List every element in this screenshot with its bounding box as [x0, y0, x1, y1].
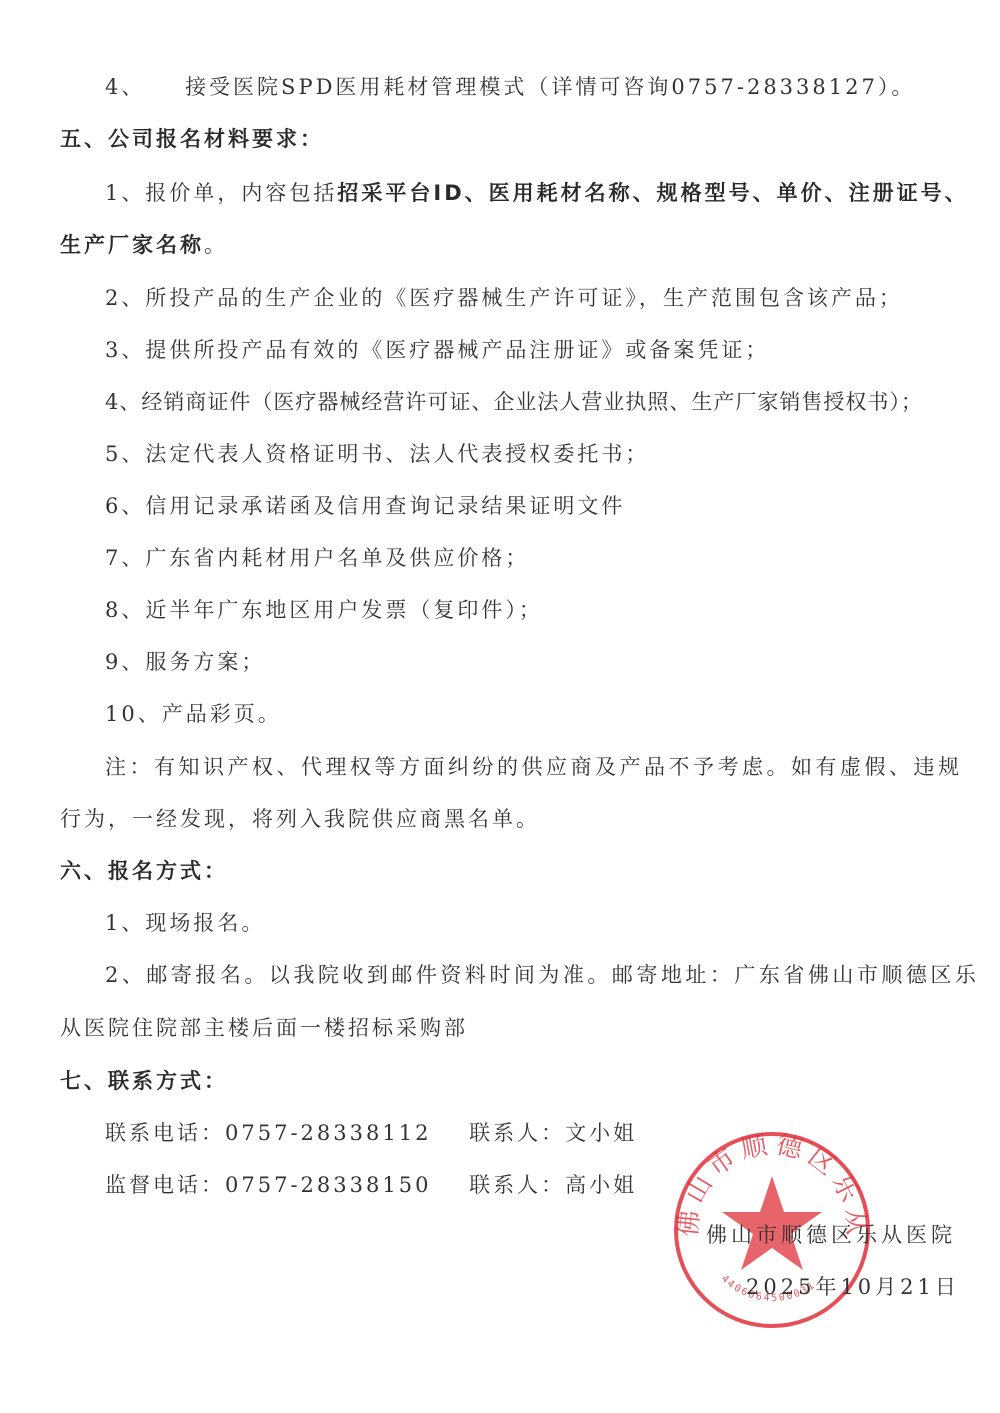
- list-item: 4、 接受医院SPD医用耗材管理模式（详情可咨询0757-28338127）。: [105, 72, 915, 102]
- contact-person-label: 联系人：: [469, 1121, 565, 1145]
- list-item: 2、邮寄报名。以我院收到邮件资料时间为准。邮寄地址：广东省佛山市顺德区乐: [105, 960, 979, 990]
- list-item-continuation: 生产厂家名称。: [60, 230, 228, 260]
- list-item: 1、报价单，内容包括招采平台ID、医用耗材名称、规格型号、单价、注册证号、: [105, 178, 969, 208]
- section-heading: 六、报名方式：: [60, 856, 228, 886]
- contact-label: 监督电话：: [105, 1173, 225, 1197]
- signature-date: 2025年10月21日: [746, 1272, 960, 1302]
- contact-phone: 0757-28338112: [225, 1121, 431, 1145]
- contact-row: 联系电话：0757-28338112 联系人：文小姐: [105, 1118, 637, 1148]
- list-item: 8、近半年广东地区用户发票（复印件）；: [105, 595, 543, 625]
- item-bold-text: 招采平台ID、医用耗材名称、规格型号、单价、注册证号、: [337, 181, 968, 205]
- note-text: 注：有知识产权、代理权等方面纠纷的供应商及产品不予考虑。如有虚假、违规: [105, 752, 963, 782]
- section-heading: 七、联系方式：: [60, 1066, 228, 1096]
- list-item: 9、服务方案；: [105, 647, 265, 677]
- list-item-continuation: 从医院住院部主楼后面一楼招标采购部: [60, 1013, 468, 1043]
- contact-phone: 0757-28338150: [225, 1173, 431, 1197]
- list-item: 5、法定代表人资格证明书、法人代表授权委托书；: [105, 439, 649, 469]
- list-item: 10、产品彩页。: [105, 699, 282, 729]
- contact-person: 文小姐: [565, 1121, 637, 1145]
- list-item: 2、所投产品的生产企业的《医疗器械生产许可证》，生产范围包含该产品；: [105, 283, 903, 313]
- item-bold-text: 生产厂家名称: [60, 233, 204, 257]
- list-item: 1、现场报名。: [105, 908, 265, 938]
- section-heading: 五、公司报名材料要求：: [60, 124, 324, 154]
- signature-organization: 佛山市顺德区乐从医院: [706, 1220, 956, 1250]
- item-text: 接受医院SPD医用耗材管理模式（详情可咨询0757-28338127）。: [185, 75, 915, 99]
- item-number: 4、: [105, 75, 145, 99]
- note-text: 行为，一经发现，将列入我院供应商黑名单。: [60, 804, 540, 834]
- contact-label: 联系电话：: [105, 1121, 225, 1145]
- list-item: 3、提供所投产品有效的《医疗器械产品注册证》或备案凭证；: [105, 335, 769, 365]
- contact-person: 高小姐: [565, 1173, 637, 1197]
- contact-row: 监督电话：0757-28338150 联系人：高小姐: [105, 1170, 637, 1200]
- item-text: 1、报价单，内容包括: [105, 181, 337, 205]
- contact-person-label: 联系人：: [469, 1173, 565, 1197]
- list-item: 7、广东省内耗材用户名单及供应价格；: [105, 543, 529, 573]
- item-text: 。: [204, 233, 228, 257]
- list-item: 4、经销商证件（医疗器械经营许可证、企业法人营业执照、生产厂家销售授权书）；: [105, 387, 923, 417]
- list-item: 6、信用记录承诺函及信用查询记录结果证明文件: [105, 491, 625, 521]
